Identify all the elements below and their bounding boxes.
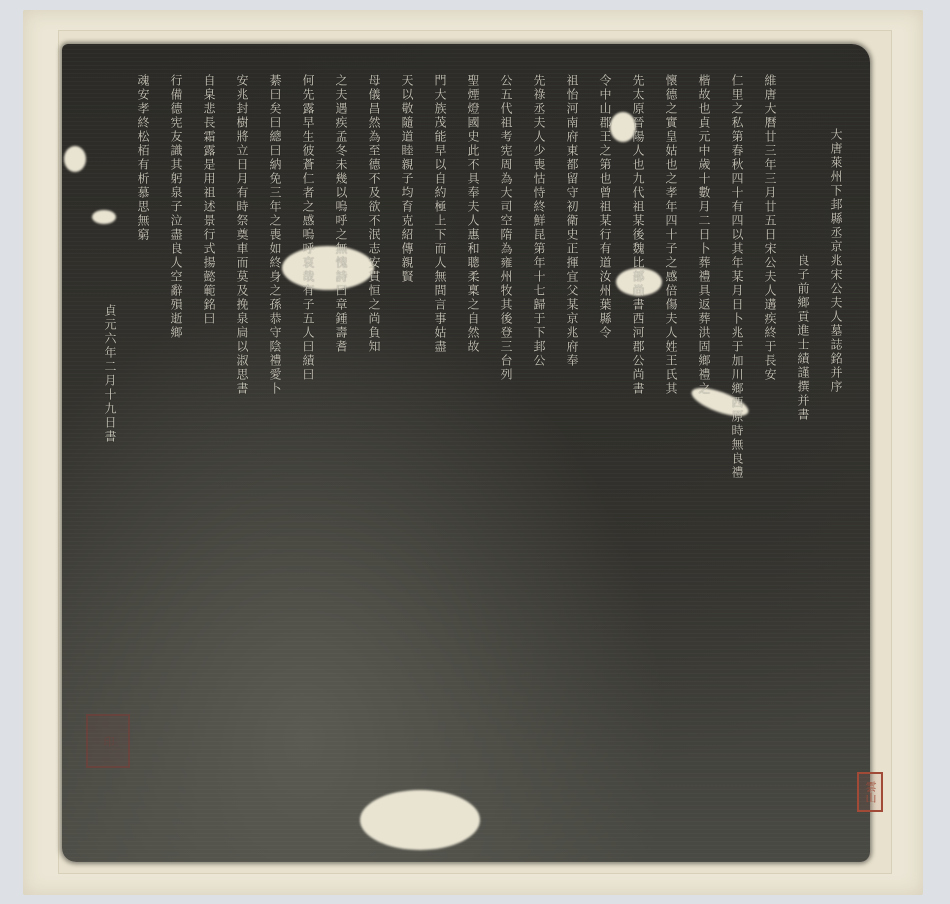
inscription-column-author: 良子前鄉貢進士績謹撰并書 [797, 44, 809, 862]
inscription-column: 綦曰矣曰總曰納免三年之喪如終身之孫恭守陰禮愛卜 [269, 44, 281, 862]
inscription-column: 令中山郡王之第也曾祖某行有道汝州葉縣令 [599, 44, 611, 862]
red-seal-stamp: 雲山 [857, 772, 883, 812]
inscription-column-title: 大唐萊州下邽縣丞京兆宋公夫人墓誌銘并序 [830, 44, 842, 862]
inscription-column: 聖煙燈國史此不具奉夫人惠和聰柔稟之自然故 [467, 44, 479, 862]
inscription-column: 楷故也貞元中歲十數月二日卜葬禮具返葬洪固鄉禮之 [698, 44, 710, 862]
inscription-column: 先太原晉陽人也九代祖某後魏比部尚書西河郡公尚書 [632, 44, 644, 862]
inscription-column: 門大族茂能早以自約極上下而人無間言事姑盡 [434, 44, 446, 862]
inscription-column: 公五代祖考宪周為大司空隋為雍州牧其後登三台列 [500, 44, 512, 862]
inscription-column: 之夫遇疾孟冬未幾以嗚呼之無愧詩曰章鍾壽耆 [335, 44, 347, 862]
inscription-column: 行備德宪友識其躬泉子泣盡良人空辭殞逝鄉 [170, 44, 182, 862]
inscription-column: 自臬悲長霜露是用祖述景行式揚懿範銘曰 [203, 44, 215, 862]
inscription-column: 何先露早生彼蒼仁者之感嗚呼哀哉有子五人曰績曰 [302, 44, 314, 862]
inscription-columns: 大唐萊州下邽縣丞京兆宋公夫人墓誌銘并序 良子前鄉貢進士績謹撰并書 維唐大曆廿三年… [62, 44, 870, 862]
faded-seal-stamp: 印 [86, 714, 130, 768]
inscription-column: 懷德之實皇姑也之孝年四十子之感倍傷夫人姓王氏其 [665, 44, 677, 862]
inscription-column: 天以敬隨道睦親子均育克紹傳親賢 [401, 44, 413, 862]
inscription-column: 安兆封樹將立日月有時祭奠車而莫及挽泉扃以淑思書 [236, 44, 248, 862]
inscription-column: 祖怡河南府東都留守初衛史正揮宜父某京兆府奉 [566, 44, 578, 862]
inscription-column: 母儀昌然為至德不及欲不泯志安貫恒之尚負知 [368, 44, 380, 862]
inscription-column: 先祿丞夫人少喪怙恃終鮮昆第年十七歸于下邽公 [533, 44, 545, 862]
inscription-column: 維唐大曆廿三年三月廿五日宋公夫人遘疾終于長安 [764, 44, 776, 862]
inscription-column: 仁里之私第春秋四十有四以其年某月日卜兆于加川鄉西原時無良禮 [731, 44, 743, 862]
inscription-column: 魂安孝終松栢有析慕思無窮 [137, 44, 149, 862]
